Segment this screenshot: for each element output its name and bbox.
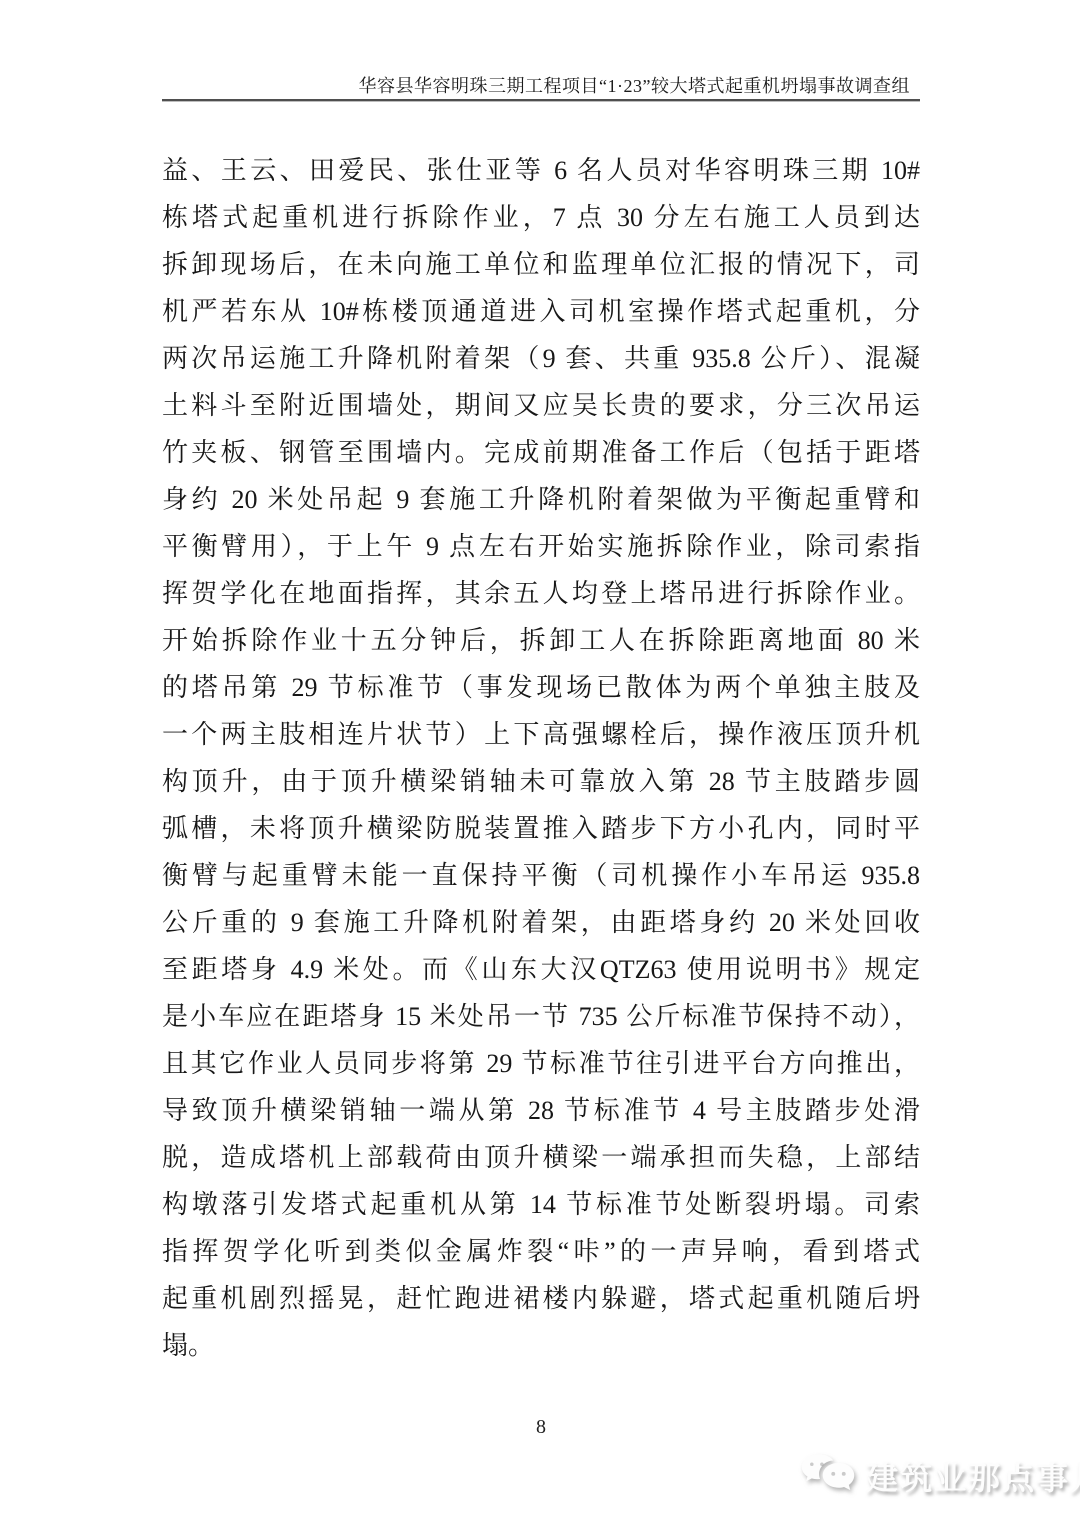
text-line: 指挥贺学化听到类似金属炸裂“咔”的一声异响，看到塔式 (162, 1228, 920, 1275)
header-rule-line (162, 99, 920, 102)
watermark-text: 建筑业那点事儿 (866, 1453, 1080, 1499)
text-line: 土料斗至附近围墙处，期间又应吴长贵的要求，分三次吊运 (162, 382, 920, 429)
text-line: 脱，造成塔机上部载荷由顶升横梁一端承担而失稳，上部结 (162, 1134, 920, 1181)
text-line: 拆卸现场后，在未向施工单位和监理单位汇报的情况下，司 (162, 241, 920, 288)
text-line: 一个两主肢相连片状节）上下高强螺栓后，操作液压顶升机 (162, 711, 920, 758)
text-line: 竹夹板、钢管至围墙内。完成前期准备工作后（包括于距塔 (162, 429, 920, 476)
text-line: 且其它作业人员同步将第 29 节标准节往引进平台方向推出， (162, 1040, 920, 1087)
text-line: 平衡臂用），于上午 9 点左右开始实施拆除作业，除司索指 (162, 523, 920, 570)
page-header-title: 华容县华容明珠三期工程项目“1·23”较大塔式起重机坍塌事故调查组 (162, 72, 910, 98)
text-line: 衡臂与起重臂未能一直保持平衡（司机操作小车吊运 935.8 (162, 852, 920, 899)
text-line: 挥贺学化在地面指挥，其余五人均登上塔吊进行拆除作业。 (162, 570, 920, 617)
text-line: 身约 20 米处吊起 9 套施工升降机附着架做为平衡起重臂和 (162, 476, 920, 523)
page-number: 8 (162, 1416, 920, 1439)
text-line: 塌。 (162, 1322, 920, 1369)
text-line: 弧槽，未将顶升横梁防脱装置推入踏步下方小孔内，同时平 (162, 805, 920, 852)
text-line: 益、王云、田爱民、张仕亚等 6 名人员对华容明珠三期 10# (162, 147, 920, 194)
text-line: 机严若东从 10#栋楼顶通道进入司机室操作塔式起重机，分 (162, 288, 920, 335)
text-line: 公斤重的 9 套施工升降机附着架，由距塔身约 20 米处回收 (162, 899, 920, 946)
text-line: 构墩落引发塔式起重机从第 14 节标准节处断裂坍塌。司索 (162, 1181, 920, 1228)
document-page: 华容县华容明珠三期工程项目“1·23”较大塔式起重机坍塌事故调查组 益、王云、田… (0, 0, 1080, 1527)
text-line: 栋塔式起重机进行拆除作业，7 点 30 分左右施工人员到达 (162, 194, 920, 241)
watermark: 建筑业那点事儿 (800, 1452, 1080, 1500)
text-line: 构顶升，由于顶升横梁销轴未可靠放入第 28 节主肢踏步圆 (162, 758, 920, 805)
text-line: 两次吊运施工升降机附着架（9 套、共重 935.8 公斤）、混凝 (162, 335, 920, 382)
text-line: 的塔吊第 29 节标准节（事发现场已散体为两个单独主肢及 (162, 664, 920, 711)
wechat-icon (800, 1452, 856, 1500)
text-line: 至距塔身 4.9 米处。而《山东大汉QTZ63 使用说明书》规定 (162, 946, 920, 993)
text-line: 是小车应在距塔身 15 米处吊一节 735 公斤标准节保持不动）， (162, 993, 920, 1040)
text-line: 导致顶升横梁销轴一端从第 28 节标准节 4 号主肢踏步处滑 (162, 1087, 920, 1134)
body-paragraph: 益、王云、田爱民、张仕亚等 6 名人员对华容明珠三期 10# 栋塔式起重机进行拆… (162, 147, 920, 1369)
text-line: 起重机剧烈摇晃，赶忙跑进裙楼内躲避，塔式起重机随后坍 (162, 1275, 920, 1322)
text-line: 开始拆除作业十五分钟后，拆卸工人在拆除距离地面 80 米 (162, 617, 920, 664)
